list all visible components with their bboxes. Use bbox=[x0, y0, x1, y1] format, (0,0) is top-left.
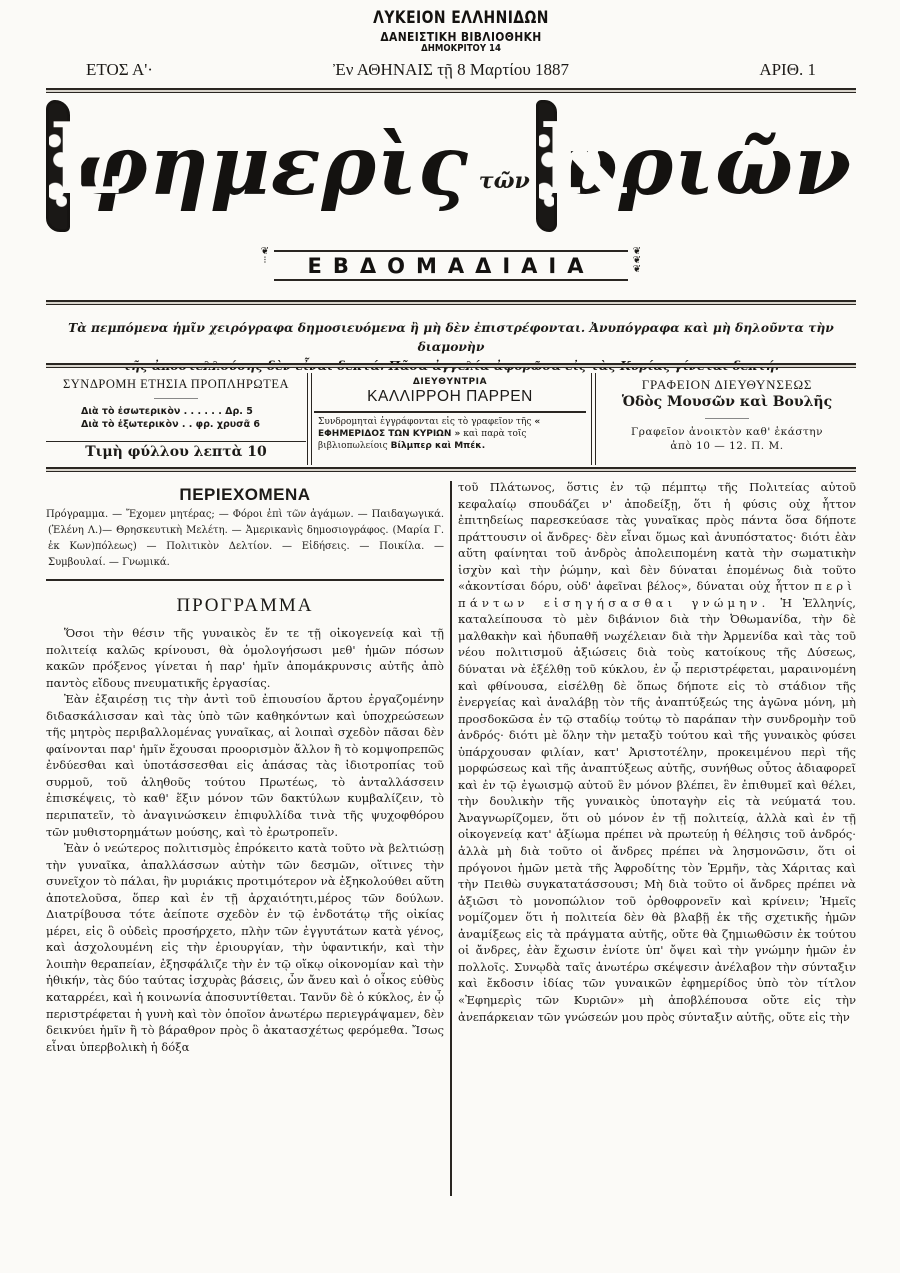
office-hours-1: Γραφεῖον ἀνοικτὸν καθ' ἑκάστην bbox=[598, 425, 856, 439]
right-column: τοῦ Πλάτωνος, ὅστις ἐν τῷ πέμπτῳ τῆς Πολ… bbox=[458, 479, 856, 1025]
paragraph: τοῦ Πλάτωνος, ὅστις ἐν τῷ πέμπτῳ τῆς Πολ… bbox=[458, 479, 856, 1025]
paragraph: Ἐὰν ἐξαιρέσῃ τις τὴν ἀντὶ τοῦ ἐπιουσίου … bbox=[46, 691, 444, 840]
office-hours-2: ἀπὸ 10 — 12. Π. Μ. bbox=[598, 439, 856, 453]
contents-title: ΠΕΡΙΕΧΟΜΕΝΑ bbox=[46, 485, 444, 505]
stamp-line-2: ΔΑΝΕΙΣΤΙΚΗ ΒΙΒΛΙΟΘΗΚΗ bbox=[362, 30, 560, 43]
masthead-small-word: τῶν bbox=[479, 168, 530, 194]
column-divider bbox=[591, 373, 596, 465]
office-title: ΓΡΑΦΕΙΟΝ ΔΙΕΥΘΥΝΣΕΩΣ bbox=[598, 377, 856, 393]
ornament-right-icon: ❦❦❦ bbox=[632, 247, 642, 274]
masthead-word-1: φημερὶς bbox=[74, 125, 469, 207]
masthead-bottom-rule bbox=[46, 300, 856, 305]
subscription-heading: ΣΥΝΔΡΟΜΗ ΕΤΗΣΙΑ ΠΡΟΠΛΗΡΩΤΕΑ bbox=[46, 377, 306, 392]
year-label: ΕΤΟΣ Α'· bbox=[86, 60, 153, 80]
column-divider bbox=[307, 373, 312, 465]
ornament-left-icon: ❦⁝ bbox=[260, 247, 270, 265]
article-right: τοῦ Πλάτωνος, ὅστις ἐν τῷ πέμπτῳ τῆς Πολ… bbox=[458, 479, 856, 1025]
notice-bottom-rule bbox=[46, 363, 856, 368]
subscription-panel: ΣΥΝΔΡΟΜΗ ΕΤΗΣΙΑ ΠΡΟΠΛΗΡΩΤΕΑ Διὰ τὸ ἐσωτε… bbox=[46, 377, 306, 460]
paragraph: Ὅσοι τὴν θέσιν τῆς γυναικὸς ἔν τε τῇ οἰκ… bbox=[46, 625, 444, 691]
article-title: ΠΡΟΓΡΑΜΜΑ bbox=[46, 595, 444, 617]
foreign-price: Διὰ τὸ ἐξωτερικὸν . . φρ. χρυσᾶ 6 bbox=[81, 418, 306, 431]
ornate-initial-k: Κ bbox=[536, 100, 557, 232]
sheet-price: Τιμὴ φύλλου λεπτὰ 10 bbox=[46, 441, 306, 460]
left-column: ΠΕΡΙΕΧΟΜΕΝΑ Πρόγραμμα. — Ἔχομεν μητέρας;… bbox=[46, 479, 444, 1055]
editor-title: ΔΙΕΥΘΥΝΤΡΙΑ bbox=[314, 377, 586, 387]
weekly-banner: ❦⁝ ❦❦❦ ΕΒΔΟΜΑΔΙΑΙΑ bbox=[274, 250, 628, 280]
top-rule bbox=[46, 88, 856, 93]
ornate-initial-e: Ε bbox=[46, 100, 70, 232]
stamp-line-1: ΛΥΚΕΙΟΝ ΕΛΛΗΝΙΔΩΝ bbox=[367, 10, 556, 28]
office-panel: ΓΡΑΦΕΙΟΝ ΔΙΕΥΘΥΝΣΕΩΣ Ὁδὸς Μουσῶν καὶ Βου… bbox=[598, 377, 856, 453]
notice-line-1: Τὰ πεμπόμενα ἡμῖν χειρόγραφα δημοσιευόμε… bbox=[46, 318, 856, 356]
info-bottom-rule bbox=[46, 467, 856, 472]
paragraph: Ἐὰν ὁ νεώτερος πολιτισμὸς ἐπρόκειτο κατὰ… bbox=[46, 840, 444, 1055]
divider bbox=[154, 398, 198, 399]
dateline: ΕΤΟΣ Α'· Ἐν ΑΘΗΝΑΙΣ τῇ 8 Μαρτίου 1887 ΑΡ… bbox=[46, 60, 856, 82]
office-address: Ὁδὸς Μουσῶν καὶ Βουλῆς bbox=[598, 394, 856, 410]
masthead-title: Ε φημερὶς τῶν Κ υριῶν bbox=[46, 96, 856, 236]
body-columns: ΠΕΡΙΕΧΟΜΕΝΑ Πρόγραμμα. — Ἔχομεν μητέρας;… bbox=[46, 479, 856, 1269]
contents-rule bbox=[46, 579, 444, 581]
subscription-info: Συνδρομηταὶ ἐγγράφονται εἰς τὸ γραφεῖον … bbox=[314, 411, 586, 452]
domestic-price: Διὰ τὸ ἐσωτερικὸν . . . . . . Δρ. 5 bbox=[81, 405, 306, 418]
masthead: Ε φημερὶς τῶν Κ υριῶν bbox=[46, 96, 856, 236]
banner-rule-bottom bbox=[274, 279, 628, 281]
banner-rule-top bbox=[274, 250, 628, 252]
issue-date: Ἐν ΑΘΗΝΑΙΣ τῇ 8 Μαρτίου 1887 bbox=[261, 60, 641, 80]
column-separator bbox=[450, 481, 452, 1196]
bookshop-name: Βίλμπερ καὶ Μπέκ. bbox=[391, 441, 486, 451]
editor-name: ΚΑΛΛΙΡΡΟΗ ΠΑΡΡΕΝ bbox=[314, 388, 586, 406]
issue-number: ΑΡΙΘ. 1 bbox=[759, 60, 816, 80]
editor-panel: ΔΙΕΥΘΥΝΤΡΙΑ ΚΑΛΛΙΡΡΟΗ ΠΑΡΡΕΝ Συνδρομηταὶ… bbox=[314, 377, 586, 452]
contents-list: Πρόγραμμα. — Ἔχομεν μητέρας; — Φόροι ἐπὶ… bbox=[46, 507, 444, 571]
stamp-line-3: ΔΗΜΟΚΡΙΤΟΥ 14 bbox=[358, 44, 565, 54]
weekly-subtitle: ΕΒΔΟΜΑΔΙΑΙΑ bbox=[274, 254, 628, 278]
divider bbox=[705, 418, 749, 419]
article-left: Ὅσοι τὴν θέσιν τῆς γυναικὸς ἔν τε τῇ οἰκ… bbox=[46, 625, 444, 1055]
library-stamp: ΛΥΚΕΙΟΝ ΕΛΛΗΝΙΔΩΝ ΔΑΝΕΙΣΤΙΚΗ ΒΙΒΛΙΟΘΗΚΗ … bbox=[346, 10, 576, 54]
info-box: ΣΥΝΔΡΟΜΗ ΕΤΗΣΙΑ ΠΡΟΠΛΗΡΩΤΕΑ Διὰ τὸ ἐσωτε… bbox=[46, 371, 856, 469]
